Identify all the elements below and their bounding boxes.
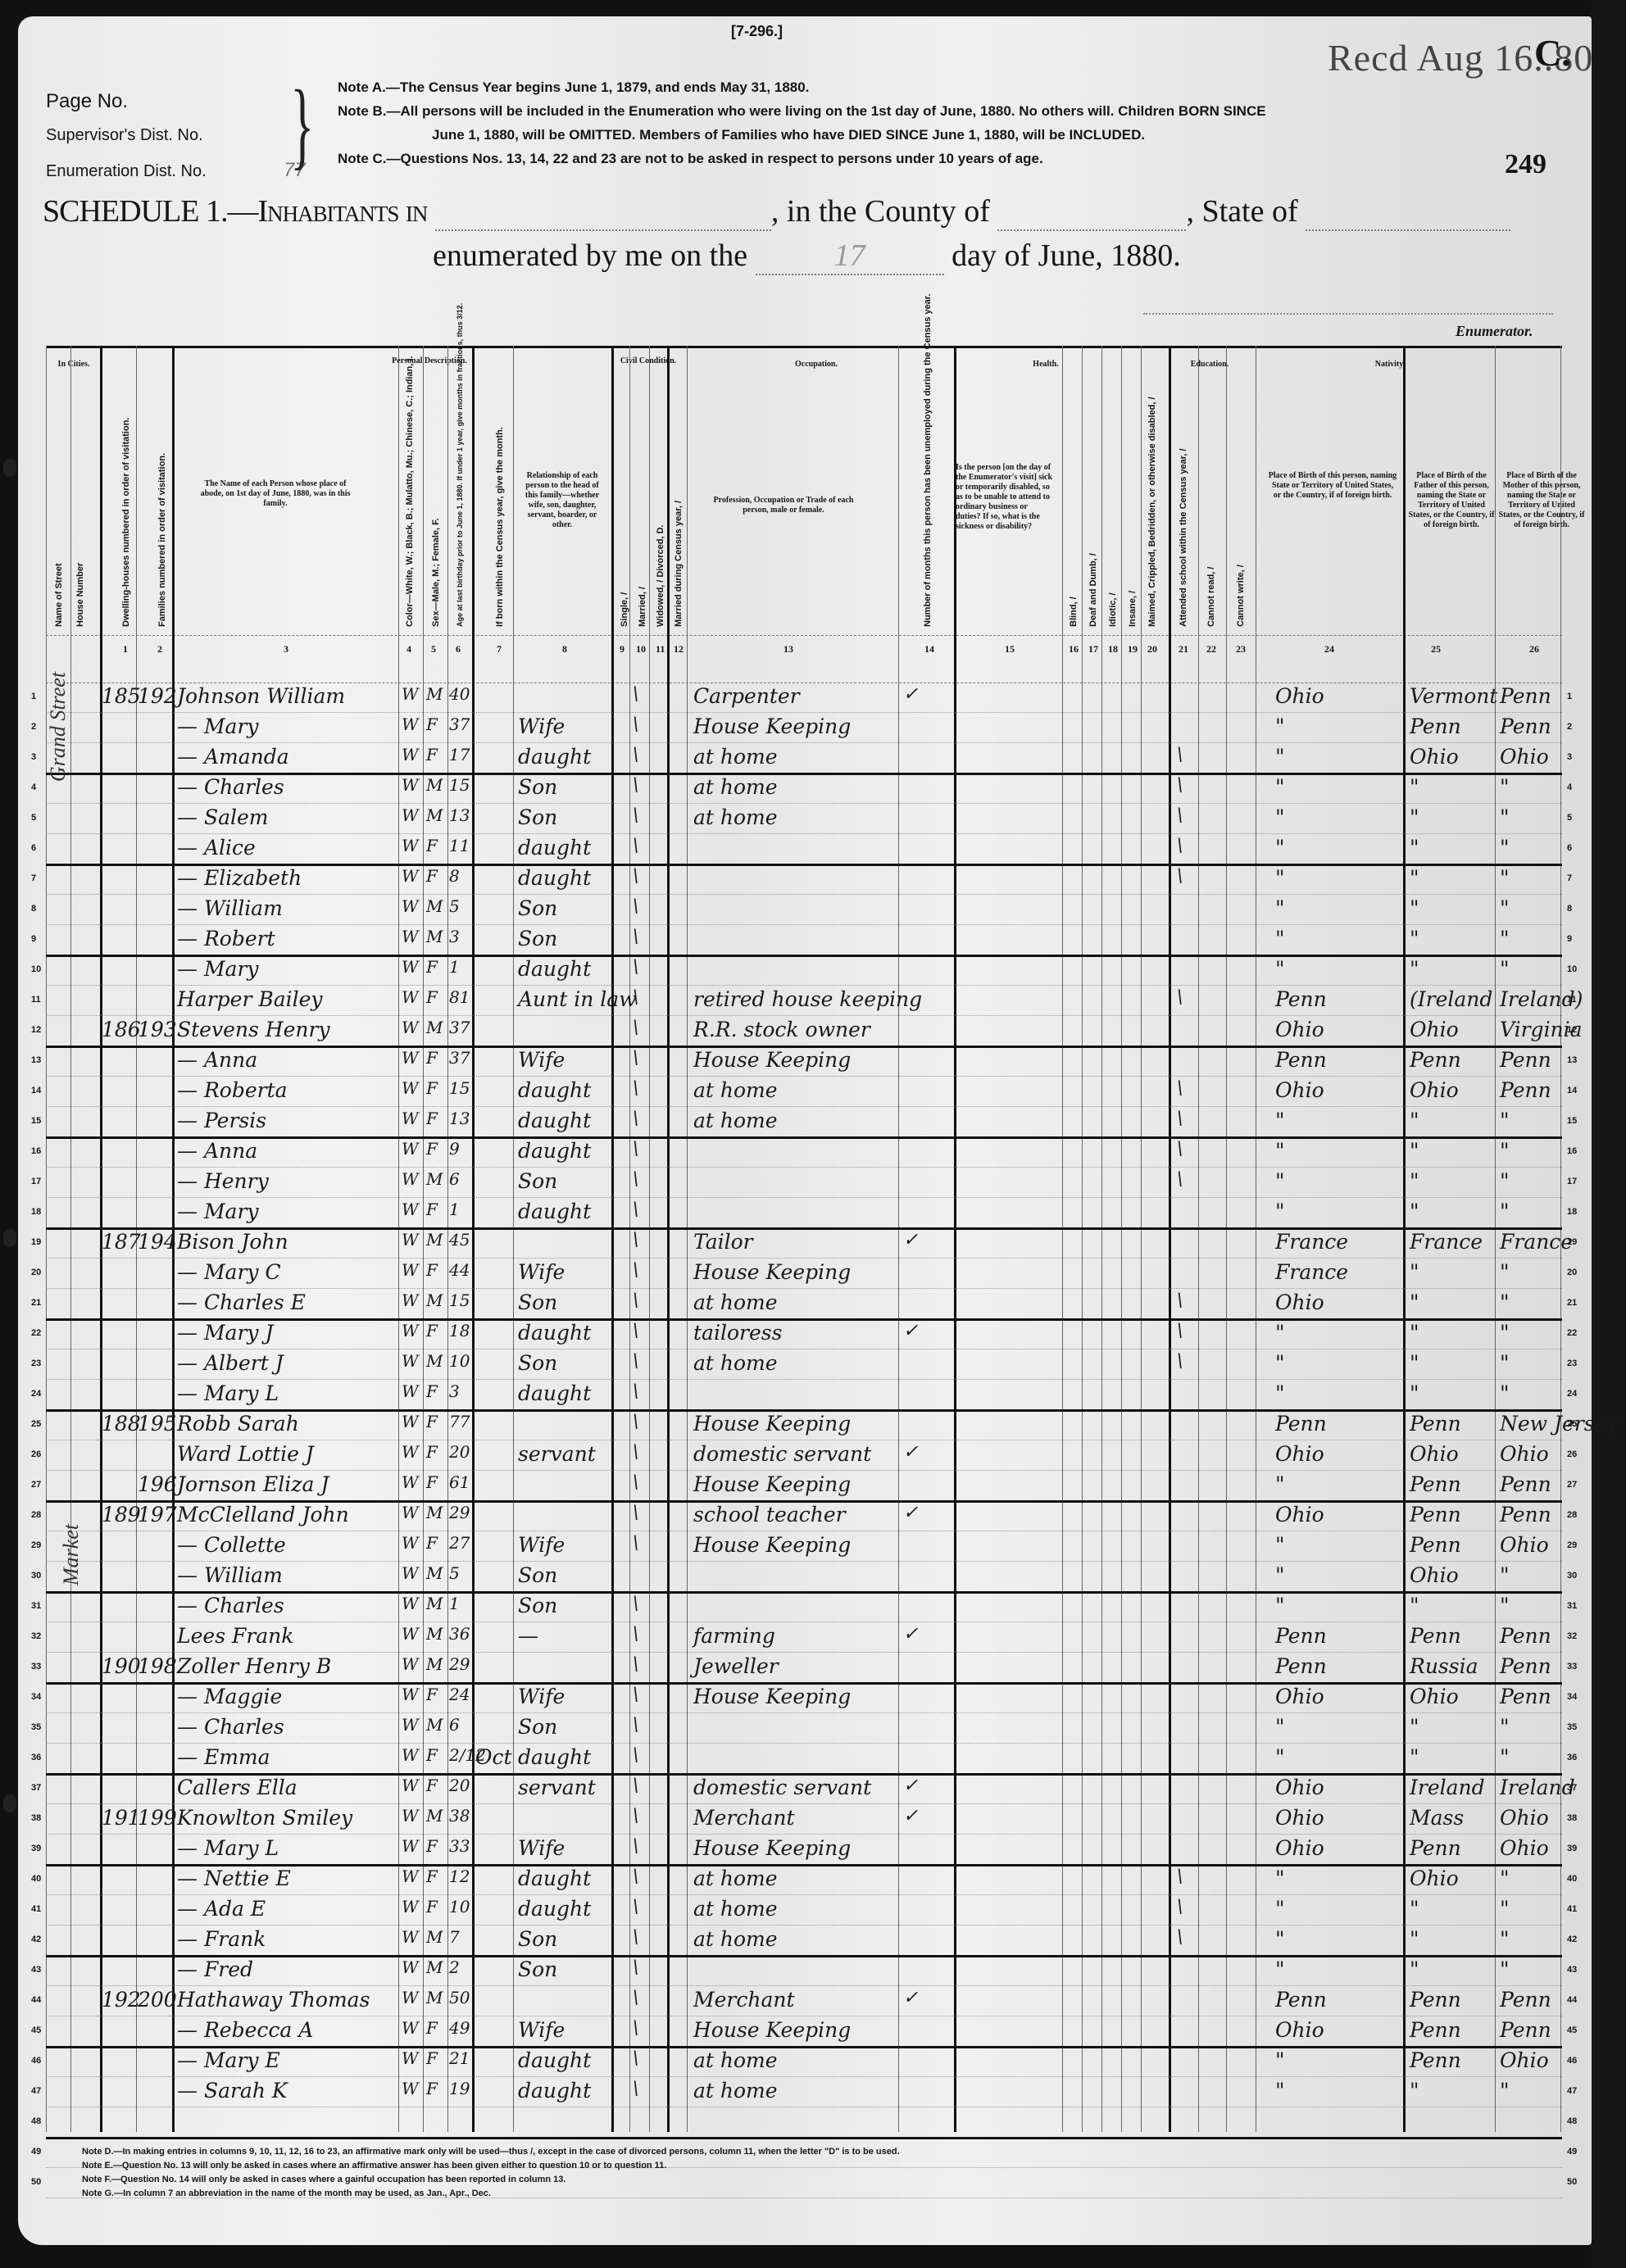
father-birthplace: "	[1410, 1897, 1419, 1921]
note-b: Note B.—All persons will be included in …	[338, 99, 1266, 123]
color: W	[402, 1230, 419, 1250]
marital-mark: \	[633, 684, 638, 705]
birthplace: "	[1275, 1594, 1285, 1617]
group-in-cities: In Cities.	[49, 360, 98, 370]
marital-mark: \	[633, 1897, 638, 1917]
age: 1	[449, 1594, 460, 1613]
row-number-right: 33	[1567, 1662, 1577, 1672]
marital-mark: \	[633, 775, 638, 796]
color: W	[402, 1927, 419, 1947]
enumerated-day: 17	[756, 238, 944, 275]
father-birthplace: Ohio	[1410, 1078, 1459, 1102]
occupation: domestic servant	[693, 1442, 871, 1466]
sex: M	[426, 1169, 443, 1189]
color: W	[402, 1381, 419, 1401]
father-birthplace: Ohio	[1410, 1018, 1459, 1041]
person-name: — Mary L	[177, 1381, 279, 1405]
mother-birthplace: Penn	[1500, 1078, 1551, 1102]
stamp-letter: C.	[1534, 31, 1571, 75]
age: 33	[449, 1836, 470, 1856]
father-birthplace: "	[1410, 866, 1419, 890]
table-header: In Cities. Personal Description. Civil C…	[46, 346, 1562, 684]
relationship: Son	[518, 805, 557, 829]
row-number: 29	[31, 1540, 41, 1550]
col-14: Number of months this person has been un…	[923, 381, 933, 627]
school-mark: \	[1177, 987, 1183, 1008]
person-name: — Mary E	[177, 2048, 280, 2072]
schedule-title: SCHEDULE 1.—Inhabitants in	[43, 194, 427, 229]
table-row: — MaryWF1daught\"""1818	[46, 1197, 1562, 1230]
table-row: — CharlesWM6Son\"""3535	[46, 1712, 1562, 1744]
unemployed-mark: ✓	[903, 1230, 918, 1250]
row-number: 12	[31, 1025, 41, 1035]
dwelling-number: 192	[102, 1988, 141, 2012]
margin-street-note: Grand Street	[46, 672, 70, 782]
unemployed-mark: ✓	[903, 1321, 918, 1341]
bottom-notes: Note D.—In making entries in columns 9, …	[82, 2145, 900, 2201]
family-number: 195	[138, 1412, 177, 1436]
col-21: Attended school within the Census year, …	[1179, 430, 1188, 627]
relationship: Son	[518, 1290, 557, 1314]
color: W	[402, 1715, 419, 1735]
colnum: 14	[924, 643, 934, 655]
sex: M	[426, 1351, 443, 1371]
birthplace: "	[1275, 896, 1285, 920]
row-number: 13	[31, 1055, 41, 1065]
relationship: Son	[518, 927, 557, 950]
mother-birthplace: "	[1500, 927, 1510, 950]
father-birthplace: Penn	[1410, 1624, 1461, 1648]
birthplace: Ohio	[1275, 1836, 1324, 1860]
marital-mark: \	[633, 1654, 638, 1675]
age: 15	[449, 1290, 470, 1310]
birthplace: Ohio	[1275, 1685, 1324, 1708]
marital-mark: \	[633, 1836, 638, 1857]
sex: M	[426, 1927, 443, 1947]
person-name: — Mary	[177, 957, 259, 981]
sex: F	[426, 1048, 438, 1068]
group-education: Education.	[1177, 360, 1242, 370]
age: 61	[449, 1472, 470, 1492]
unemployed-mark: ✓	[903, 1806, 918, 1826]
birthplace: "	[1275, 927, 1285, 950]
col-13: Profession, Occupation or Trade of each …	[702, 496, 865, 515]
sex: M	[426, 1594, 443, 1613]
occupation: Merchant	[693, 1806, 795, 1830]
father-birthplace: "	[1410, 2079, 1419, 2102]
stamped-page-number: 249	[1505, 149, 1547, 180]
father-birthplace: Mass	[1410, 1806, 1464, 1830]
row-number: 43	[31, 1965, 41, 1975]
row-number: 4	[31, 782, 36, 792]
table-row: 187194Bison JohnWM45\Tailor✓FranceFrance…	[46, 1227, 1562, 1259]
person-name: — Mary	[177, 714, 259, 738]
age: 8	[449, 866, 460, 886]
father-birthplace: Ohio	[1410, 1442, 1459, 1466]
occupation: House Keeping	[693, 1048, 851, 1072]
row-number-right: 10	[1567, 964, 1577, 974]
father-birthplace: Ohio	[1410, 1563, 1459, 1587]
occupation: at home	[693, 1351, 778, 1375]
sex: F	[426, 2048, 438, 2068]
dwelling-number: 186	[102, 1018, 141, 1041]
col-26: Place of Birth of the Mother of this per…	[1497, 471, 1587, 530]
row-number: 15	[31, 1116, 41, 1126]
row-number-right: 36	[1567, 1753, 1577, 1762]
person-name: — Anna	[177, 1139, 257, 1163]
birthplace: Ohio	[1275, 684, 1324, 708]
birthplace: "	[1275, 1957, 1285, 1981]
occupation: at home	[693, 1927, 778, 1951]
age: 38	[449, 1806, 470, 1826]
mother-birthplace: "	[1500, 1957, 1510, 1981]
sex: M	[426, 1988, 443, 2007]
row-number: 36	[31, 1753, 41, 1762]
row-number-right: 20	[1567, 1268, 1577, 1277]
col-7: If born within the Census year, give the…	[495, 397, 505, 627]
row-number: 23	[31, 1359, 41, 1368]
occupation: at home	[693, 1867, 778, 1890]
occupation: tailoress	[693, 1321, 782, 1345]
relationship: daught	[518, 1867, 591, 1890]
row-number: 48	[31, 2116, 41, 2126]
marital-mark: \	[633, 2079, 638, 2099]
birthplace: Penn	[1275, 1624, 1327, 1648]
color: W	[402, 1867, 419, 1886]
marital-mark: \	[633, 1745, 638, 1766]
relationship: daught	[518, 1381, 591, 1405]
family-number: 194	[138, 1230, 177, 1254]
colnum: 22	[1206, 643, 1216, 655]
relationship: Son	[518, 1957, 557, 1981]
table-row: 4848	[46, 2107, 1562, 2139]
sex: F	[426, 2018, 438, 2038]
marital-mark: \	[633, 1503, 638, 1523]
table-row: — RobertaWF15daught\at home\OhioOhioPenn…	[46, 1076, 1562, 1107]
marital-mark: \	[633, 1351, 638, 1372]
person-name: Jornson Eliza J	[177, 1472, 329, 1496]
birthplace: "	[1275, 2048, 1285, 2072]
row-number-right: 32	[1567, 1631, 1577, 1641]
row-number-right: 34	[1567, 1692, 1577, 1702]
row-number: 42	[31, 1935, 41, 1944]
mother-birthplace: "	[1500, 1260, 1510, 1284]
father-birthplace: "	[1410, 1200, 1419, 1223]
relationship: Aunt in law	[518, 987, 637, 1011]
mother-birthplace: Penn	[1500, 1624, 1551, 1648]
school-mark: \	[1177, 745, 1183, 765]
row-number-right: 1	[1567, 692, 1572, 701]
row-number-right: 44	[1567, 1995, 1577, 2005]
marital-mark: \	[633, 957, 638, 978]
sex: F	[426, 1442, 438, 1462]
birthplace: Penn	[1275, 1048, 1327, 1072]
occupation: House Keeping	[693, 1533, 851, 1557]
colnum: 9	[620, 643, 625, 655]
marital-mark: \	[633, 836, 638, 856]
row-number: 24	[31, 1389, 41, 1399]
person-name: — Emma	[177, 1745, 270, 1769]
birthplace: Ohio	[1275, 1290, 1324, 1314]
marital-mark: \	[633, 1533, 638, 1554]
age: 36	[449, 1624, 470, 1644]
color: W	[402, 1351, 419, 1371]
relationship: Son	[518, 1715, 557, 1739]
row-number-right: 7	[1567, 873, 1572, 883]
sex: F	[426, 1685, 438, 1704]
table-row: — MaryWF37Wife\House Keeping"PennPenn22	[46, 712, 1562, 743]
col-3: The Name of each Person whose place of a…	[193, 479, 357, 509]
table-row: — Ada EWF10daught\at home\"""4141	[46, 1894, 1562, 1926]
mother-birthplace: "	[1500, 1927, 1510, 1951]
marital-mark: \	[633, 1169, 638, 1190]
table-row: 186193Stevens HenryWM37\R.R. stock owner…	[46, 1015, 1562, 1048]
marital-mark: \	[633, 1078, 638, 1099]
father-birthplace: "	[1410, 1139, 1419, 1163]
row-number: 9	[31, 934, 36, 944]
dwelling-number: 185	[102, 684, 141, 708]
father-birthplace: Penn	[1410, 714, 1461, 738]
birthplace: Ohio	[1275, 1776, 1324, 1799]
marital-mark: \	[633, 1594, 638, 1614]
relationship: daught	[518, 1321, 591, 1345]
father-birthplace: Ohio	[1410, 1685, 1459, 1708]
age: 27	[449, 1533, 470, 1553]
marital-mark: \	[633, 1260, 638, 1281]
age: 11	[449, 836, 470, 855]
table-row: — ElizabethWF8daught\\"""77	[46, 864, 1562, 895]
row-number-right: 26	[1567, 1449, 1577, 1459]
mother-birthplace: Penn	[1500, 1048, 1551, 1072]
county-field	[997, 193, 1186, 231]
table-row: — AliceWF11daught\\"""66	[46, 833, 1562, 866]
color: W	[402, 2048, 419, 2068]
colnum: 17	[1088, 643, 1098, 655]
row-number: 50	[31, 2177, 41, 2187]
marital-mark: \	[633, 1867, 638, 1887]
row-number-right: 18	[1567, 1207, 1577, 1217]
family-number: 196	[138, 1472, 177, 1496]
person-name: — Charles	[177, 775, 284, 799]
relationship: Wife	[518, 2018, 565, 2042]
unemployed-mark: ✓	[903, 1442, 918, 1463]
mother-birthplace: "	[1500, 1897, 1510, 1921]
sex: F	[426, 1139, 438, 1159]
mother-birthplace: Ohio	[1500, 2048, 1549, 2072]
sex: F	[426, 2079, 438, 2098]
col-12: Married during Census year, /	[674, 447, 684, 627]
person-name: McClelland John	[177, 1503, 349, 1526]
col-20: Maimed, Crippled, Bedridden, or otherwis…	[1147, 381, 1157, 627]
father-birthplace: Penn	[1410, 1533, 1461, 1557]
col-9: Single, /	[620, 528, 629, 627]
marital-mark: \	[633, 2048, 638, 2069]
sex: M	[426, 805, 443, 825]
row-number-right: 46	[1567, 2056, 1577, 2066]
father-birthplace: (Ireland	[1410, 987, 1492, 1011]
colnum: 13	[783, 643, 793, 655]
father-birthplace: Penn	[1410, 1988, 1461, 2012]
school-mark: \	[1177, 1897, 1183, 1917]
age: 1	[449, 1200, 460, 1219]
marital-mark: \	[633, 1321, 638, 1341]
color: W	[402, 1654, 419, 1674]
birth-month: Oct	[475, 1745, 512, 1769]
relationship: Son	[518, 896, 557, 920]
age: 50	[449, 1988, 470, 2007]
mother-birthplace: Penn	[1500, 684, 1551, 708]
father-birthplace: "	[1410, 1321, 1419, 1345]
row-number: 7	[31, 873, 36, 883]
color: W	[402, 836, 419, 855]
sex: F	[426, 1472, 438, 1492]
colnum: 15	[1005, 643, 1015, 655]
person-name: Knowlton Smiley	[177, 1806, 352, 1830]
person-name: — Elizabeth	[177, 866, 302, 890]
row-number-right: 41	[1567, 1904, 1577, 1914]
color: W	[402, 1321, 419, 1340]
sex: F	[426, 1776, 438, 1795]
occupation: House Keeping	[693, 1412, 851, 1436]
form-code: [7-296.]	[731, 23, 783, 40]
father-birthplace: "	[1410, 927, 1419, 950]
unemployed-mark: ✓	[903, 684, 918, 705]
row-number-right: 47	[1567, 2086, 1577, 2096]
age: 81	[449, 987, 470, 1007]
row-number-right: 9	[1567, 934, 1572, 944]
col-5: Sex—Male, M.; Female, F.	[431, 397, 441, 627]
marital-mark: \	[633, 1412, 638, 1432]
color: W	[402, 1624, 419, 1644]
table-row: — AnnaWF9daught\\"""1616	[46, 1136, 1562, 1168]
table-row: 192200Hathaway ThomasWM50\Merchant✓PennP…	[46, 1985, 1562, 2016]
marital-mark: \	[633, 1290, 638, 1311]
col-11: Widowed, / Divorced, D.	[656, 479, 665, 627]
family-number: 193	[138, 1018, 177, 1041]
row-number-right: 5	[1567, 813, 1572, 823]
dwelling-number: 188	[102, 1412, 141, 1436]
father-birthplace: Vermont	[1410, 684, 1497, 708]
birthplace: "	[1275, 2079, 1285, 2102]
sex: F	[426, 1109, 438, 1128]
birthplace: "	[1275, 1715, 1285, 1739]
color: W	[402, 2018, 419, 2038]
person-name: — Nettie E	[177, 1867, 291, 1890]
row-number-right: 22	[1567, 1328, 1577, 1338]
relationship: Son	[518, 1351, 557, 1375]
age: 17	[449, 745, 470, 764]
color: W	[402, 1806, 419, 1826]
dwelling-number: 189	[102, 1503, 141, 1526]
family-number: 199	[138, 1806, 177, 1830]
row-number: 47	[31, 2086, 41, 2096]
row-number: 2	[31, 722, 36, 732]
father-birthplace: "	[1410, 1381, 1419, 1405]
mother-birthplace: New Jersey	[1500, 1412, 1619, 1436]
mother-birthplace: Ireland	[1500, 1776, 1575, 1799]
row-number: 39	[31, 1844, 41, 1853]
mother-birthplace: Penn	[1500, 1472, 1551, 1496]
row-number-right: 35	[1567, 1722, 1577, 1732]
sex: F	[426, 1260, 438, 1280]
birthplace: France	[1275, 1260, 1348, 1284]
person-name: Harper Bailey	[177, 987, 323, 1011]
age: 24	[449, 1685, 470, 1704]
row-number-right: 31	[1567, 1601, 1577, 1611]
sex: M	[426, 1624, 443, 1644]
person-name: — Persis	[177, 1109, 266, 1132]
color: W	[402, 1776, 419, 1795]
father-birthplace: "	[1410, 896, 1419, 920]
color: W	[402, 927, 419, 946]
relationship: servant	[518, 1442, 596, 1466]
row-number-right: 23	[1567, 1359, 1577, 1368]
mother-birthplace: "	[1500, 896, 1510, 920]
sex: F	[426, 1412, 438, 1431]
person-name: Hathaway Thomas	[177, 1988, 370, 2012]
row-number: 34	[31, 1692, 41, 1702]
row-number-right: 39	[1567, 1844, 1577, 1853]
marital-mark: \	[633, 1200, 638, 1220]
district-fields: Page No. Supervisor's Dist. No. Enumerat…	[46, 90, 207, 198]
marital-mark: \	[633, 1442, 638, 1463]
binding-ring	[3, 1794, 16, 1812]
marital-mark: \	[633, 1806, 638, 1826]
sex: M	[426, 1715, 443, 1735]
table-row: — WilliamWM5Son"Ohio"3030	[46, 1561, 1562, 1594]
age: 40	[449, 684, 470, 704]
row-number-right: 21	[1567, 1298, 1577, 1308]
birthplace: "	[1275, 805, 1285, 829]
sex: F	[426, 1533, 438, 1553]
colnum: 6	[456, 643, 461, 655]
table-row: 189197McClelland JohnWM29\school teacher…	[46, 1500, 1562, 1531]
table-row: 188195Robb SarahWF77\House KeepingPennPe…	[46, 1409, 1562, 1440]
table-row: — Mary LWF3daught\"""2424	[46, 1379, 1562, 1412]
row-number: 38	[31, 1813, 41, 1823]
age: 13	[449, 1109, 470, 1128]
occupation: House Keeping	[693, 1685, 851, 1708]
row-number: 26	[31, 1449, 41, 1459]
relationship: daught	[518, 866, 591, 890]
row-number: 10	[31, 964, 41, 974]
father-birthplace: Penn	[1410, 1503, 1461, 1526]
group-occupation: Occupation.	[767, 360, 865, 370]
age: 15	[449, 775, 470, 795]
age: 19	[449, 2079, 470, 2098]
col-24: Place of Birth of this person, naming St…	[1267, 471, 1398, 501]
row-number: 18	[31, 1207, 41, 1217]
marital-mark: \	[633, 1685, 638, 1705]
note-d: Note D.—In making entries in columns 9, …	[82, 2145, 900, 2159]
mother-birthplace: "	[1500, 1169, 1510, 1193]
row-number: 31	[31, 1601, 41, 1611]
birthplace: "	[1275, 1927, 1285, 1951]
mother-birthplace: "	[1500, 957, 1510, 981]
mother-birthplace: "	[1500, 1381, 1510, 1405]
father-birthplace: Ohio	[1410, 745, 1459, 769]
father-birthplace: France	[1410, 1230, 1483, 1254]
sex: F	[426, 957, 438, 977]
color: W	[402, 1109, 419, 1128]
person-name: Robb Sarah	[177, 1412, 299, 1436]
mother-birthplace: Penn	[1500, 1988, 1551, 2012]
top-notes: Note A.—The Census Year begins June 1, 1…	[338, 75, 1266, 170]
person-name: — Collette	[177, 1533, 286, 1557]
marital-mark: \	[633, 1988, 638, 2008]
table-row: Callers EllaWF20servant\domestic servant…	[46, 1773, 1562, 1804]
row-number: 6	[31, 843, 36, 853]
